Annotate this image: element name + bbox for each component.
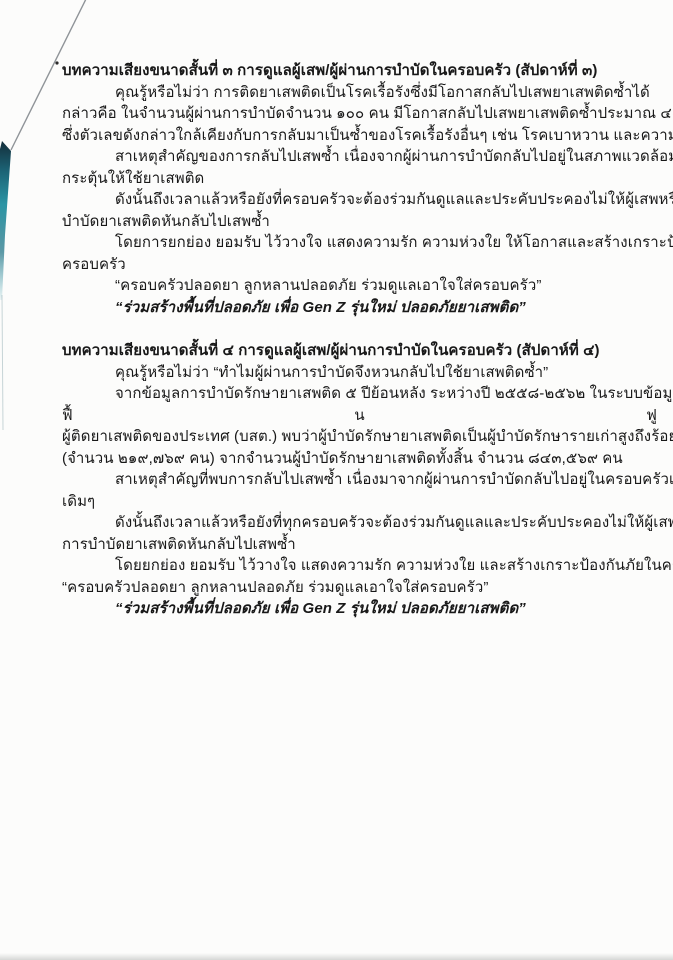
paragraph-line: บำบัดยาเสพติดหันกลับไปเสพซ้ำ (62, 211, 661, 233)
stretched-word-part: น (354, 405, 364, 427)
campaign-quote: “ร่วมสร้างพื้นที่ปลอดภัย เพื่อ Gen Z รุ่… (62, 297, 661, 319)
paragraph-line: เดิมๆ (62, 491, 661, 513)
paragraph-line: ดังนั้นถึงเวลาแล้วหรือยังที่ครอบครัวจะต้… (62, 189, 661, 211)
scanned-document-page: บทความเสียงขนาดสั้นที่ ๓ การดูแลผู้เสพ/ผ… (0, 0, 673, 960)
teal-fold-shadow (0, 141, 11, 300)
paragraph-line: คุณรู้หรือไม่ว่า “ทำไมผู้ผ่านการบำบัดจึง… (62, 362, 661, 384)
paragraph-line: (จำนวน ๒๑๙,๗๖๙ คน) จากจำนวนผู้บำบัดรักษา… (62, 448, 661, 470)
paragraph-line: คุณรู้หรือไม่ว่า การติดยาเสพติดเป็นโรคเร… (62, 82, 661, 104)
section-title: บทความเสียงขนาดสั้นที่ ๓ การดูแลผู้เสพ/ผ… (62, 60, 661, 82)
scan-speck (55, 61, 58, 64)
paragraph-line: โดยการยกย่อง ยอมรับ ไว้วางใจ แสดงความรัก… (62, 232, 661, 254)
paragraph-line: สาเหตุสำคัญที่พบการกลับไปเสพซ้ำ เนื่องมา… (62, 469, 661, 491)
scan-bottom-shadow (0, 953, 673, 960)
campaign-quote: “ร่วมสร้างพื้นที่ปลอดภัย เพื่อ Gen Z รุ่… (62, 598, 661, 620)
section-article-3: บทความเสียงขนาดสั้นที่ ๓ การดูแลผู้เสพ/ผ… (62, 60, 661, 318)
paragraph-line: การบำบัดยาเสพติดหันกลับไปเสพซ้ำ (62, 534, 661, 556)
paragraph-line: ซึ่งตัวเลขดังกล่าวใกล้เคียงกับการกลับมาเ… (62, 125, 661, 147)
paragraph-line: ผู้ติดยาเสพติดของประเทศ (บสต.) พบว่าผู้บ… (62, 426, 661, 448)
paragraph-line: กล่าวคือ ในจำนวนผู้ผ่านการบำบัดจำนวน ๑๐๐… (62, 103, 661, 125)
teal-fold-tail (2, 295, 3, 430)
paragraph-line: ดังนั้นถึงเวลาแล้วหรือยังที่ทุกครอบครัวจ… (62, 512, 661, 534)
section-article-4: บทความเสียงขนาดสั้นที่ ๔ การดูแลผู้เสพ/ผ… (62, 340, 661, 620)
stretched-word-line: ฟื้ น ฟู (62, 405, 661, 427)
slogan-quote: “ครอบครัวปลอดยา ลูกหลานปลอดภัย ร่วมดูแลเ… (62, 275, 661, 297)
paragraph-line: โดยยกย่อง ยอมรับ ไว้วางใจ แสดงความรัก คว… (62, 555, 661, 577)
paragraph-line: กระตุ้นให้ใช้ยาเสพติด (62, 168, 661, 190)
section-title: บทความเสียงขนาดสั้นที่ ๔ การดูแลผู้เสพ/ผ… (62, 340, 661, 362)
stretched-word-part: ฟื้ (62, 405, 73, 427)
stretched-word-part: ฟู (646, 405, 657, 427)
document-text: บทความเสียงขนาดสั้นที่ ๓ การดูแลผู้เสพ/ผ… (62, 60, 661, 620)
paragraph-line: สาเหตุสำคัญของการกลับไปเสพซ้ำ เนื่องจากผ… (62, 146, 661, 168)
slogan-quote: “ครอบครัวปลอดยา ลูกหลานปลอดภัย ร่วมดูแลเ… (62, 577, 661, 599)
paragraph-line: ครอบครัว (62, 254, 661, 276)
paragraph-line: จากข้อมูลการบำบัดรักษายาเสพติด ๕ ปีย้อนห… (62, 383, 661, 405)
